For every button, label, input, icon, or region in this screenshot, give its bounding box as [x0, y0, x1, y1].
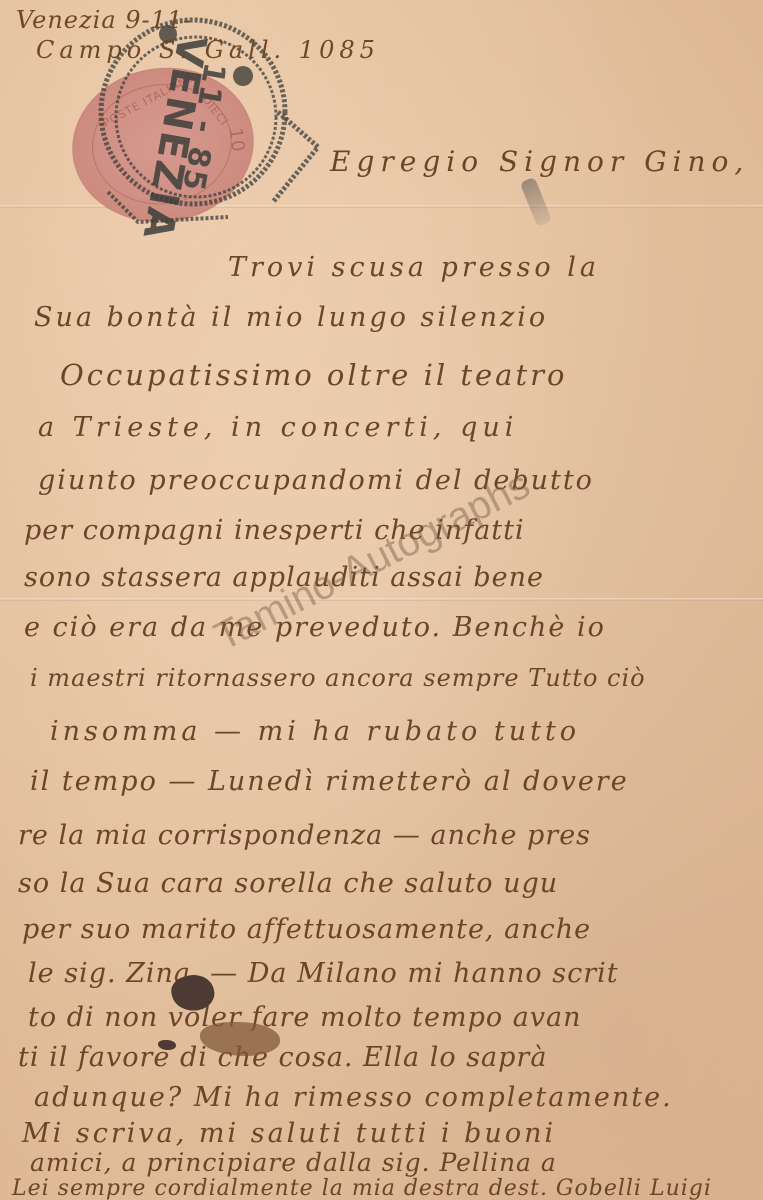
body-line-10: insomma — mi ha rubato tutto: [50, 716, 580, 747]
body-line-19: Mi scriva, mi saluti tutti i buoni: [22, 1118, 556, 1149]
body-line-18: adunque? Mi ha rimesso completamente.: [34, 1082, 673, 1113]
body-line-11: il tempo — Lunedì rimetterò al dovere: [30, 766, 629, 797]
body-line-16: to di non voler fare molto tempo avan: [28, 1002, 582, 1033]
salutation-text: Egregio Signor Gino,: [330, 145, 749, 178]
body-line-8: e ciò era da me preveduto. Benchè io: [24, 612, 606, 643]
letter-address: Campo S. Gall. 1085: [36, 36, 380, 64]
body-line-4: a Trieste, in concerti, qui: [38, 412, 518, 443]
body-line-3: Occupatissimo oltre il teatro: [60, 358, 567, 392]
letter-place-date: Venezia 9-11-: [16, 6, 192, 34]
paper-fold: [0, 598, 763, 601]
ink-spot: [158, 1040, 176, 1050]
body-line-12: re la mia corrispondenza — anche pres: [18, 820, 591, 851]
body-line-17: ti il favore di che cosa. Ella lo saprà: [18, 1042, 547, 1073]
body-line-14: per suo marito affettuosamente, anche: [22, 914, 591, 945]
body-line-1: Trovi scusa presso la: [228, 252, 600, 283]
ink-smudge: [520, 177, 553, 227]
body-line-20: amici, a principiare dalla sig. Pellina …: [30, 1148, 557, 1177]
letter-page: POSTE ITALIANE DIECI 10 VENEZIA 11 - 85 …: [0, 0, 763, 1200]
body-line-15: le sig. Zina. — Da Milano mi hanno scrit: [28, 958, 619, 989]
body-line-9: i maestri ritornassero ancora sempre Tut…: [30, 664, 646, 692]
body-line-13: so la Sua cara sorella che saluto ugu: [18, 868, 558, 899]
body-line-21: Lei sempre cordialmente la mia destra de…: [12, 1176, 712, 1200]
body-line-2: Sua bontà il mio lungo silenzio: [34, 302, 548, 333]
